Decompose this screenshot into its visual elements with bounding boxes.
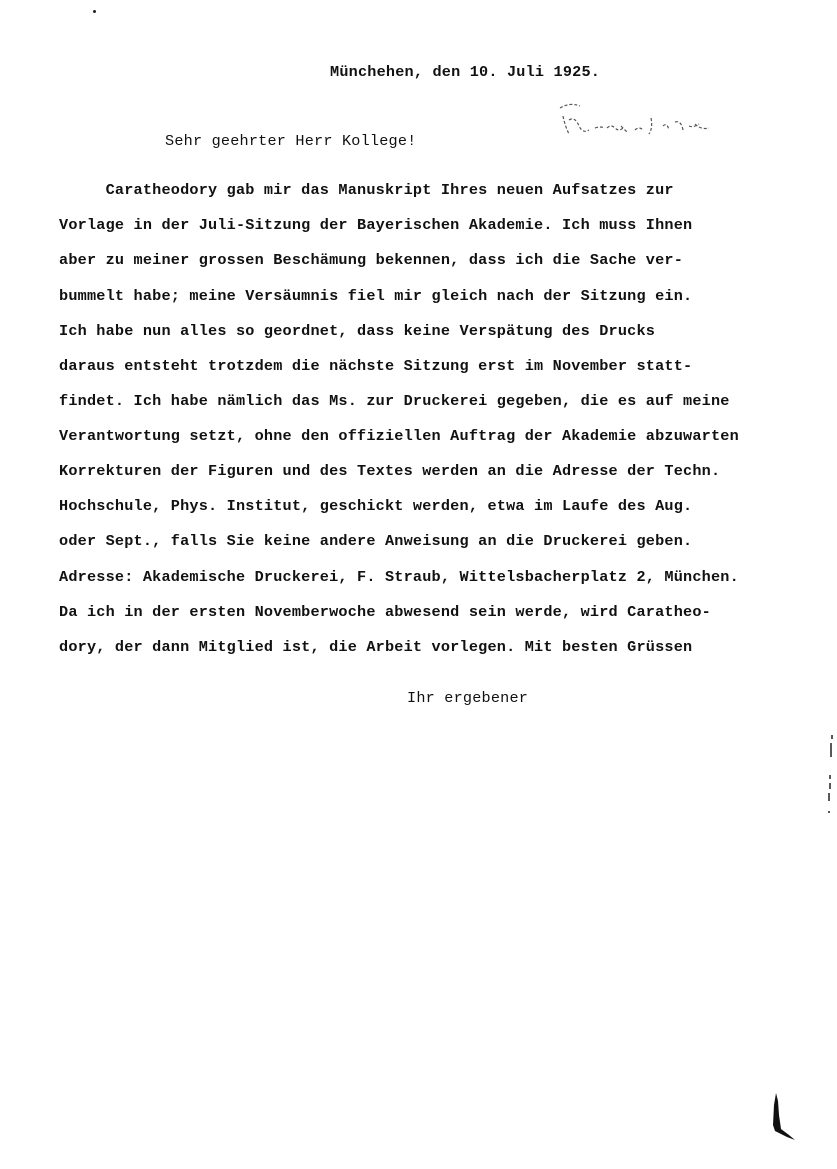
speck-mark [93,10,96,13]
body-line: Korrekturen der Figuren und des Textes w… [59,461,720,481]
body-line: findet. Ich habe nämlich das Ms. zur Dru… [59,391,730,411]
dateline: Münchehen, den 10. Juli 1925. [330,62,600,82]
body-line: Hochschule, Phys. Institut, geschickt we… [59,496,692,516]
body-line: Verantwortung setzt, ohne den offizielle… [59,426,739,446]
body-line: Vorlage in der Juli-Sitzung der Bayerisc… [59,215,692,235]
body-line: dory, der dann Mitglied ist, die Arbeit … [59,637,692,657]
body-line: bummelt habe; meine Versäumnis fiel mir … [59,286,692,306]
body-line: oder Sept., falls Sie keine andere Anwei… [59,531,692,551]
edge-scan-mark [828,735,834,815]
handwritten-note [555,98,715,148]
body-line: Ich habe nun alles so geordnet, dass kei… [59,321,655,341]
closing: Ihr ergebener [407,688,528,708]
body-line: Caratheodory gab mir das Manuskript Ihre… [59,180,674,200]
body-line: Da ich in der ersten Novemberwoche abwes… [59,602,711,622]
body-line: aber zu meiner grossen Beschämung bekenn… [59,250,683,270]
greeting: Sehr geehrter Herr Kollege! [165,131,416,151]
corner-scan-mark [765,1085,805,1145]
letter-page: Münchehen, den 10. Juli 1925. Sehr geehr… [0,0,837,1169]
body-line: daraus entsteht trotzdem die nächste Sit… [59,356,692,376]
body-line: Adresse: Akademische Druckerei, F. Strau… [59,567,739,587]
